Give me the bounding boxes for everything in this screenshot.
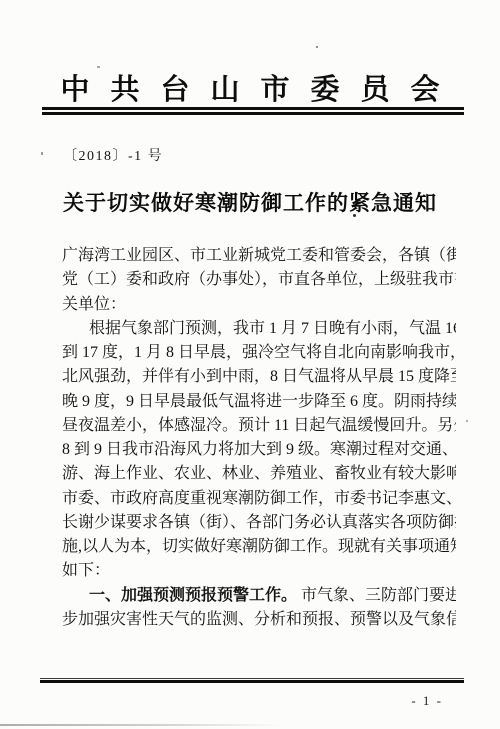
section-heading-rest: 市气象、三防部门要进一: [301, 587, 456, 604]
document-number: 〔2018〕-1 号: [63, 145, 163, 165]
paragraph-line: 施,以人为本，切实做好寒潮防御工作。现就有关事项通知: [62, 535, 456, 559]
scan-speck: [466, 420, 468, 422]
salutation-line: 广海湾工业园区、市工业新城党工委和管委会，各镇（街）: [62, 244, 456, 268]
document-body: 广海湾工业园区、市工业新城党工委和管委会，各镇（街） 党（工）委和政府（办事处）…: [62, 244, 456, 632]
letterhead-org-name: 中共台山市委员会: [0, 67, 500, 108]
paragraph-line: 昼夜温差小，体感湿冷。预计 11 日起气温缓慢回升。另外，: [62, 414, 456, 438]
paragraph-line: 晚 9 度，9 日早晨最低气温将进一步降至 6 度。阴雨持续，: [62, 390, 456, 414]
section-heading-bold: 一、加强预测预报预警工作。: [89, 587, 297, 604]
document-title: 关于切实做好寒潮防御工作的紧急通知: [0, 187, 500, 217]
page-number: - 1 -: [411, 693, 443, 709]
section-heading-line: 一、加强预测预报预警工作。 市气象、三防部门要进一: [62, 584, 456, 608]
paragraph-line: 到 17 度，1 月 8 日早晨，强冷空气将自北向南影响我市，: [62, 341, 456, 365]
salutation-line: 党（工）委和政府（办事处），市直各单位，上级驻我市有: [62, 268, 456, 292]
paragraph-line: 8 到 9 日我市沿海风力将加大到 9 级。寒潮过程对交通、旅: [62, 438, 456, 462]
paragraph-line: 市委、市政府高度重视寒潮防御工作，市委书记李惠文、市: [62, 487, 456, 511]
scan-speck: [353, 214, 356, 217]
footer-rule: [40, 678, 464, 683]
paragraph-line: 北风强劲，并伴有小到中雨，8 日气温将从早晨 15 度降至傍: [62, 365, 456, 389]
salutation-line: 关单位：: [62, 293, 456, 317]
scan-speck: [316, 46, 318, 48]
paragraph-line: 根据气象部门预测，我市 1 月 7 日晚有小雨，气温 16: [62, 317, 456, 341]
scanned-document-page: 中共台山市委员会 〔2018〕-1 号 关于切实做好寒潮防御工作的紧急通知 广海…: [0, 0, 500, 729]
scan-speck: [41, 152, 43, 155]
scan-edge-artifact: [0, 724, 280, 726]
paragraph-line: 游、海上作业、农业、林业、养殖业、畜牧业有较大影响。: [62, 462, 456, 486]
paragraph-line: 如下：: [62, 559, 456, 583]
paragraph-line: 步加强灾害性天气的监测、分析和预报、预警以及气象信息: [62, 608, 456, 632]
letterhead-double-rule: [42, 107, 464, 115]
paragraph-line: 长谢少谋要求各镇（街）、各部门务必认真落实各项防御措: [62, 511, 456, 535]
scan-speck: [97, 66, 100, 68]
